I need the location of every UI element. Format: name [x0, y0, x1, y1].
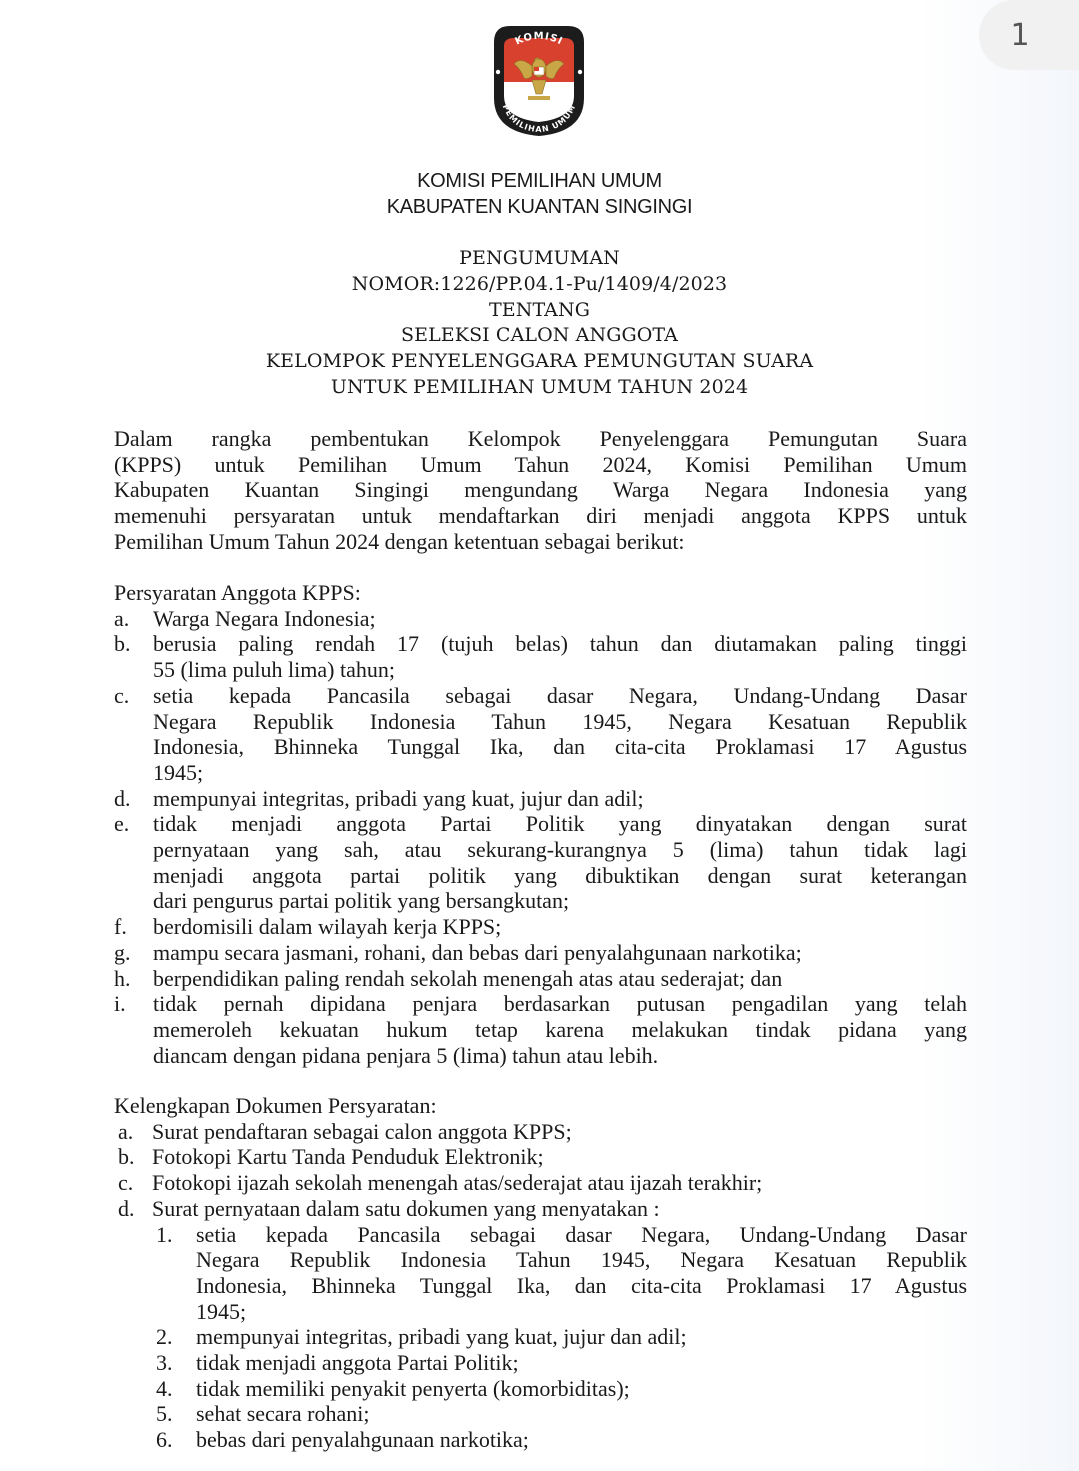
list-item: 4.tidak memiliki penyakit penyerta (komo… [114, 1376, 967, 1402]
list-item-text: tidak memiliki penyakit penyerta (komorb… [196, 1376, 967, 1402]
paragraph-line: Dalam rangka pembentukan Kelompok Penyel… [114, 426, 967, 452]
text-line: Indonesia, Bhinneka Tunggal Ika, dan cit… [153, 734, 967, 760]
list-item: c.Fotokopi ijazah sekolah menengah atas/… [114, 1170, 967, 1196]
list-marker: b. [114, 1144, 152, 1170]
list-marker: a. [114, 1119, 152, 1145]
text-line: mampu secara jasmani, rohani, dan bebas … [153, 940, 967, 966]
text-line: Indonesia, Bhinneka Tunggal Ika, dan cit… [196, 1273, 967, 1299]
list-item-text: berusia paling rendah 17 (tujuh belas) t… [153, 631, 967, 682]
list-item: a.Warga Negara Indonesia; [114, 606, 967, 632]
list-item: a.Surat pendaftaran sebagai calon anggot… [114, 1119, 967, 1145]
list-item: i.tidak pernah dipidana penjara berdasar… [114, 991, 967, 1068]
page-number-badge: 1 [979, 0, 1079, 70]
list-item-text: Fotokopi ijazah sekolah menengah atas/se… [152, 1170, 967, 1196]
text-line: berpendidikan paling rendah sekolah mene… [153, 966, 967, 992]
kpu-logo-icon: KOMISI PEMILIHAN UMUM [484, 20, 594, 140]
text-line: 1945; [153, 760, 967, 786]
list-marker: i. [114, 991, 153, 1068]
list-item-text: berpendidikan paling rendah sekolah mene… [153, 966, 967, 992]
list-marker: 2. [156, 1324, 196, 1350]
list-marker: d. [114, 786, 153, 812]
list-item-text: sehat secara rohani; [196, 1401, 967, 1427]
text-line: tidak memiliki penyakit penyerta (komorb… [196, 1376, 967, 1402]
list-marker: 3. [156, 1350, 196, 1376]
text-line: Negara Republik Indonesia Tahun 1945, Ne… [153, 709, 967, 735]
text-line: menjadi anggota partai politik yang dibu… [153, 863, 967, 889]
list-item-text: setia kepada Pancasila sebagai dasar Neg… [153, 683, 967, 786]
list-item: d.Surat pernyataan dalam satu dokumen ya… [114, 1196, 967, 1222]
text-line: mempunyai integritas, pribadi yang kuat,… [153, 786, 967, 812]
text-line: Fotokopi ijazah sekolah menengah atas/se… [152, 1170, 967, 1196]
text-line: setia kepada Pancasila sebagai dasar Neg… [196, 1222, 967, 1248]
organization-name: KOMISI PEMILIHAN UMUM [0, 168, 1079, 194]
text-line: berdomisili dalam wilayah kerja KPPS; [153, 914, 967, 940]
list-item: 3.tidak menjadi anggota Partai Politik; [114, 1350, 967, 1376]
section-heading: Persyaratan Anggota KPPS: [114, 580, 967, 606]
text-line: Negara Republik Indonesia Tahun 1945, Ne… [196, 1247, 967, 1273]
text-line: tidak menjadi anggota Partai Politik yan… [153, 811, 967, 837]
text-line: sehat secara rohani; [196, 1401, 967, 1427]
list-marker: f. [114, 914, 153, 940]
list-item-text: mempunyai integritas, pribadi yang kuat,… [153, 786, 967, 812]
list-item: c.setia kepada Pancasila sebagai dasar N… [114, 683, 967, 786]
list-marker: c. [114, 1170, 152, 1196]
list-item-text: Warga Negara Indonesia; [153, 606, 967, 632]
text-line: tidak pernah dipidana penjara berdasarka… [153, 991, 967, 1017]
paragraph-line: memenuhi persyaratan untuk mendaftarkan … [114, 503, 967, 529]
list-item-text: Surat pendaftaran sebagai calon anggota … [152, 1119, 967, 1145]
list-item-text: Fotokopi Kartu Tanda Penduduk Elektronik… [152, 1144, 967, 1170]
paragraph-line: (KPPS) untuk Pemilihan Umum Tahun 2024, … [114, 452, 967, 478]
list-item: 2.mempunyai integritas, pribadi yang kua… [114, 1324, 967, 1350]
list-item-text: mempunyai integritas, pribadi yang kuat,… [196, 1324, 967, 1350]
text-line: bebas dari penyalahgunaan narkotika; [196, 1427, 967, 1453]
requirements-list: a.Warga Negara Indonesia;b.berusia palin… [114, 606, 967, 1069]
list-marker: a. [114, 606, 153, 632]
document-number: NOMOR:1226/PP.04.1-Pu/1409/4/2023 [0, 272, 1079, 298]
text-line: tidak menjadi anggota Partai Politik; [196, 1350, 967, 1376]
section-heading: Kelengkapan Dokumen Persyaratan: [114, 1093, 967, 1119]
statement-list: 1.setia kepada Pancasila sebagai dasar N… [114, 1222, 967, 1453]
list-item: b.berusia paling rendah 17 (tujuh belas)… [114, 631, 967, 682]
list-marker: b. [114, 631, 153, 682]
list-item: 5.sehat secara rohani; [114, 1401, 967, 1427]
list-item-text: mampu secara jasmani, rohani, dan bebas … [153, 940, 967, 966]
text-line: dari pengurus partai politik yang bersan… [153, 888, 967, 914]
title-line: KELOMPOK PENYELENGGARA PEMUNGUTAN SUARA [0, 349, 1079, 375]
title-line: PENGUMUMAN [0, 246, 1079, 272]
text-line: Warga Negara Indonesia; [153, 606, 967, 632]
list-item: e.tidak menjadi anggota Partai Politik y… [114, 811, 967, 914]
announcement-title: PENGUMUMAN NOMOR:1226/PP.04.1-Pu/1409/4/… [0, 246, 1079, 401]
list-item-text: Surat pernyataan dalam satu dokumen yang… [152, 1196, 967, 1222]
list-marker: e. [114, 811, 153, 914]
text-line: setia kepada Pancasila sebagai dasar Neg… [153, 683, 967, 709]
list-item: h.berpendidikan paling rendah sekolah me… [114, 966, 967, 992]
text-line: memeroleh kekuatan hukum tetap karena me… [153, 1017, 967, 1043]
text-line: Fotokopi Kartu Tanda Penduduk Elektronik… [152, 1144, 967, 1170]
list-item-text: bebas dari penyalahgunaan narkotika; [196, 1427, 967, 1453]
list-item: f.berdomisili dalam wilayah kerja KPPS; [114, 914, 967, 940]
list-marker: d. [114, 1196, 152, 1222]
list-marker: 1. [156, 1222, 196, 1325]
list-marker: c. [114, 683, 153, 786]
list-item-text: tidak menjadi anggota Partai Politik; [196, 1350, 967, 1376]
list-marker: 5. [156, 1401, 196, 1427]
text-line: pernyataan yang sah, atau sekurang-kuran… [153, 837, 967, 863]
text-line: 1945; [196, 1299, 967, 1325]
documents-list: a.Surat pendaftaran sebagai calon anggot… [114, 1119, 967, 1222]
text-line: mempunyai integritas, pribadi yang kuat,… [196, 1324, 967, 1350]
organization-region: KABUPATEN KUANTAN SINGINGI [0, 194, 1079, 220]
list-item: 1.setia kepada Pancasila sebagai dasar N… [114, 1222, 967, 1325]
list-item-text: tidak menjadi anggota Partai Politik yan… [153, 811, 967, 914]
paragraph-line: Kabupaten Kuantan Singingi mengundang Wa… [114, 477, 967, 503]
organization-header: KOMISI PEMILIHAN UMUM KABUPATEN KUANTAN … [0, 168, 1079, 220]
documents-section: Kelengkapan Dokumen Persyaratan: a.Surat… [114, 1093, 967, 1453]
list-item: g.mampu secara jasmani, rohani, dan beba… [114, 940, 967, 966]
list-item-text: berdomisili dalam wilayah kerja KPPS; [153, 914, 967, 940]
list-marker: g. [114, 940, 153, 966]
list-item-text: setia kepada Pancasila sebagai dasar Neg… [196, 1222, 967, 1325]
list-marker: 4. [156, 1376, 196, 1402]
title-line: SELEKSI CALON ANGGOTA [0, 323, 1079, 349]
title-line: TENTANG [0, 298, 1079, 324]
list-item: 6.bebas dari penyalahgunaan narkotika; [114, 1427, 967, 1453]
list-marker: 6. [156, 1427, 196, 1453]
requirements-section: Persyaratan Anggota KPPS: a.Warga Negara… [114, 580, 967, 1068]
paragraph-line: Pemilihan Umum Tahun 2024 dengan ketentu… [114, 529, 967, 555]
text-line: Surat pendaftaran sebagai calon anggota … [152, 1119, 967, 1145]
list-item: d.mempunyai integritas, pribadi yang kua… [114, 786, 967, 812]
list-item: b.Fotokopi Kartu Tanda Penduduk Elektron… [114, 1144, 967, 1170]
text-line: 55 (lima puluh lima) tahun; [153, 657, 967, 683]
text-line: berusia paling rendah 17 (tujuh belas) t… [153, 631, 967, 657]
list-item-text: tidak pernah dipidana penjara berdasarka… [153, 991, 967, 1068]
title-line: UNTUK PEMILIHAN UMUM TAHUN 2024 [0, 375, 1079, 401]
text-line: diancam dengan pidana penjara 5 (lima) t… [153, 1043, 967, 1069]
intro-paragraph: Dalam rangka pembentukan Kelompok Penyel… [114, 426, 967, 555]
text-line: Surat pernyataan dalam satu dokumen yang… [152, 1196, 967, 1222]
page-number: 1 [1010, 18, 1029, 53]
list-marker: h. [114, 966, 153, 992]
